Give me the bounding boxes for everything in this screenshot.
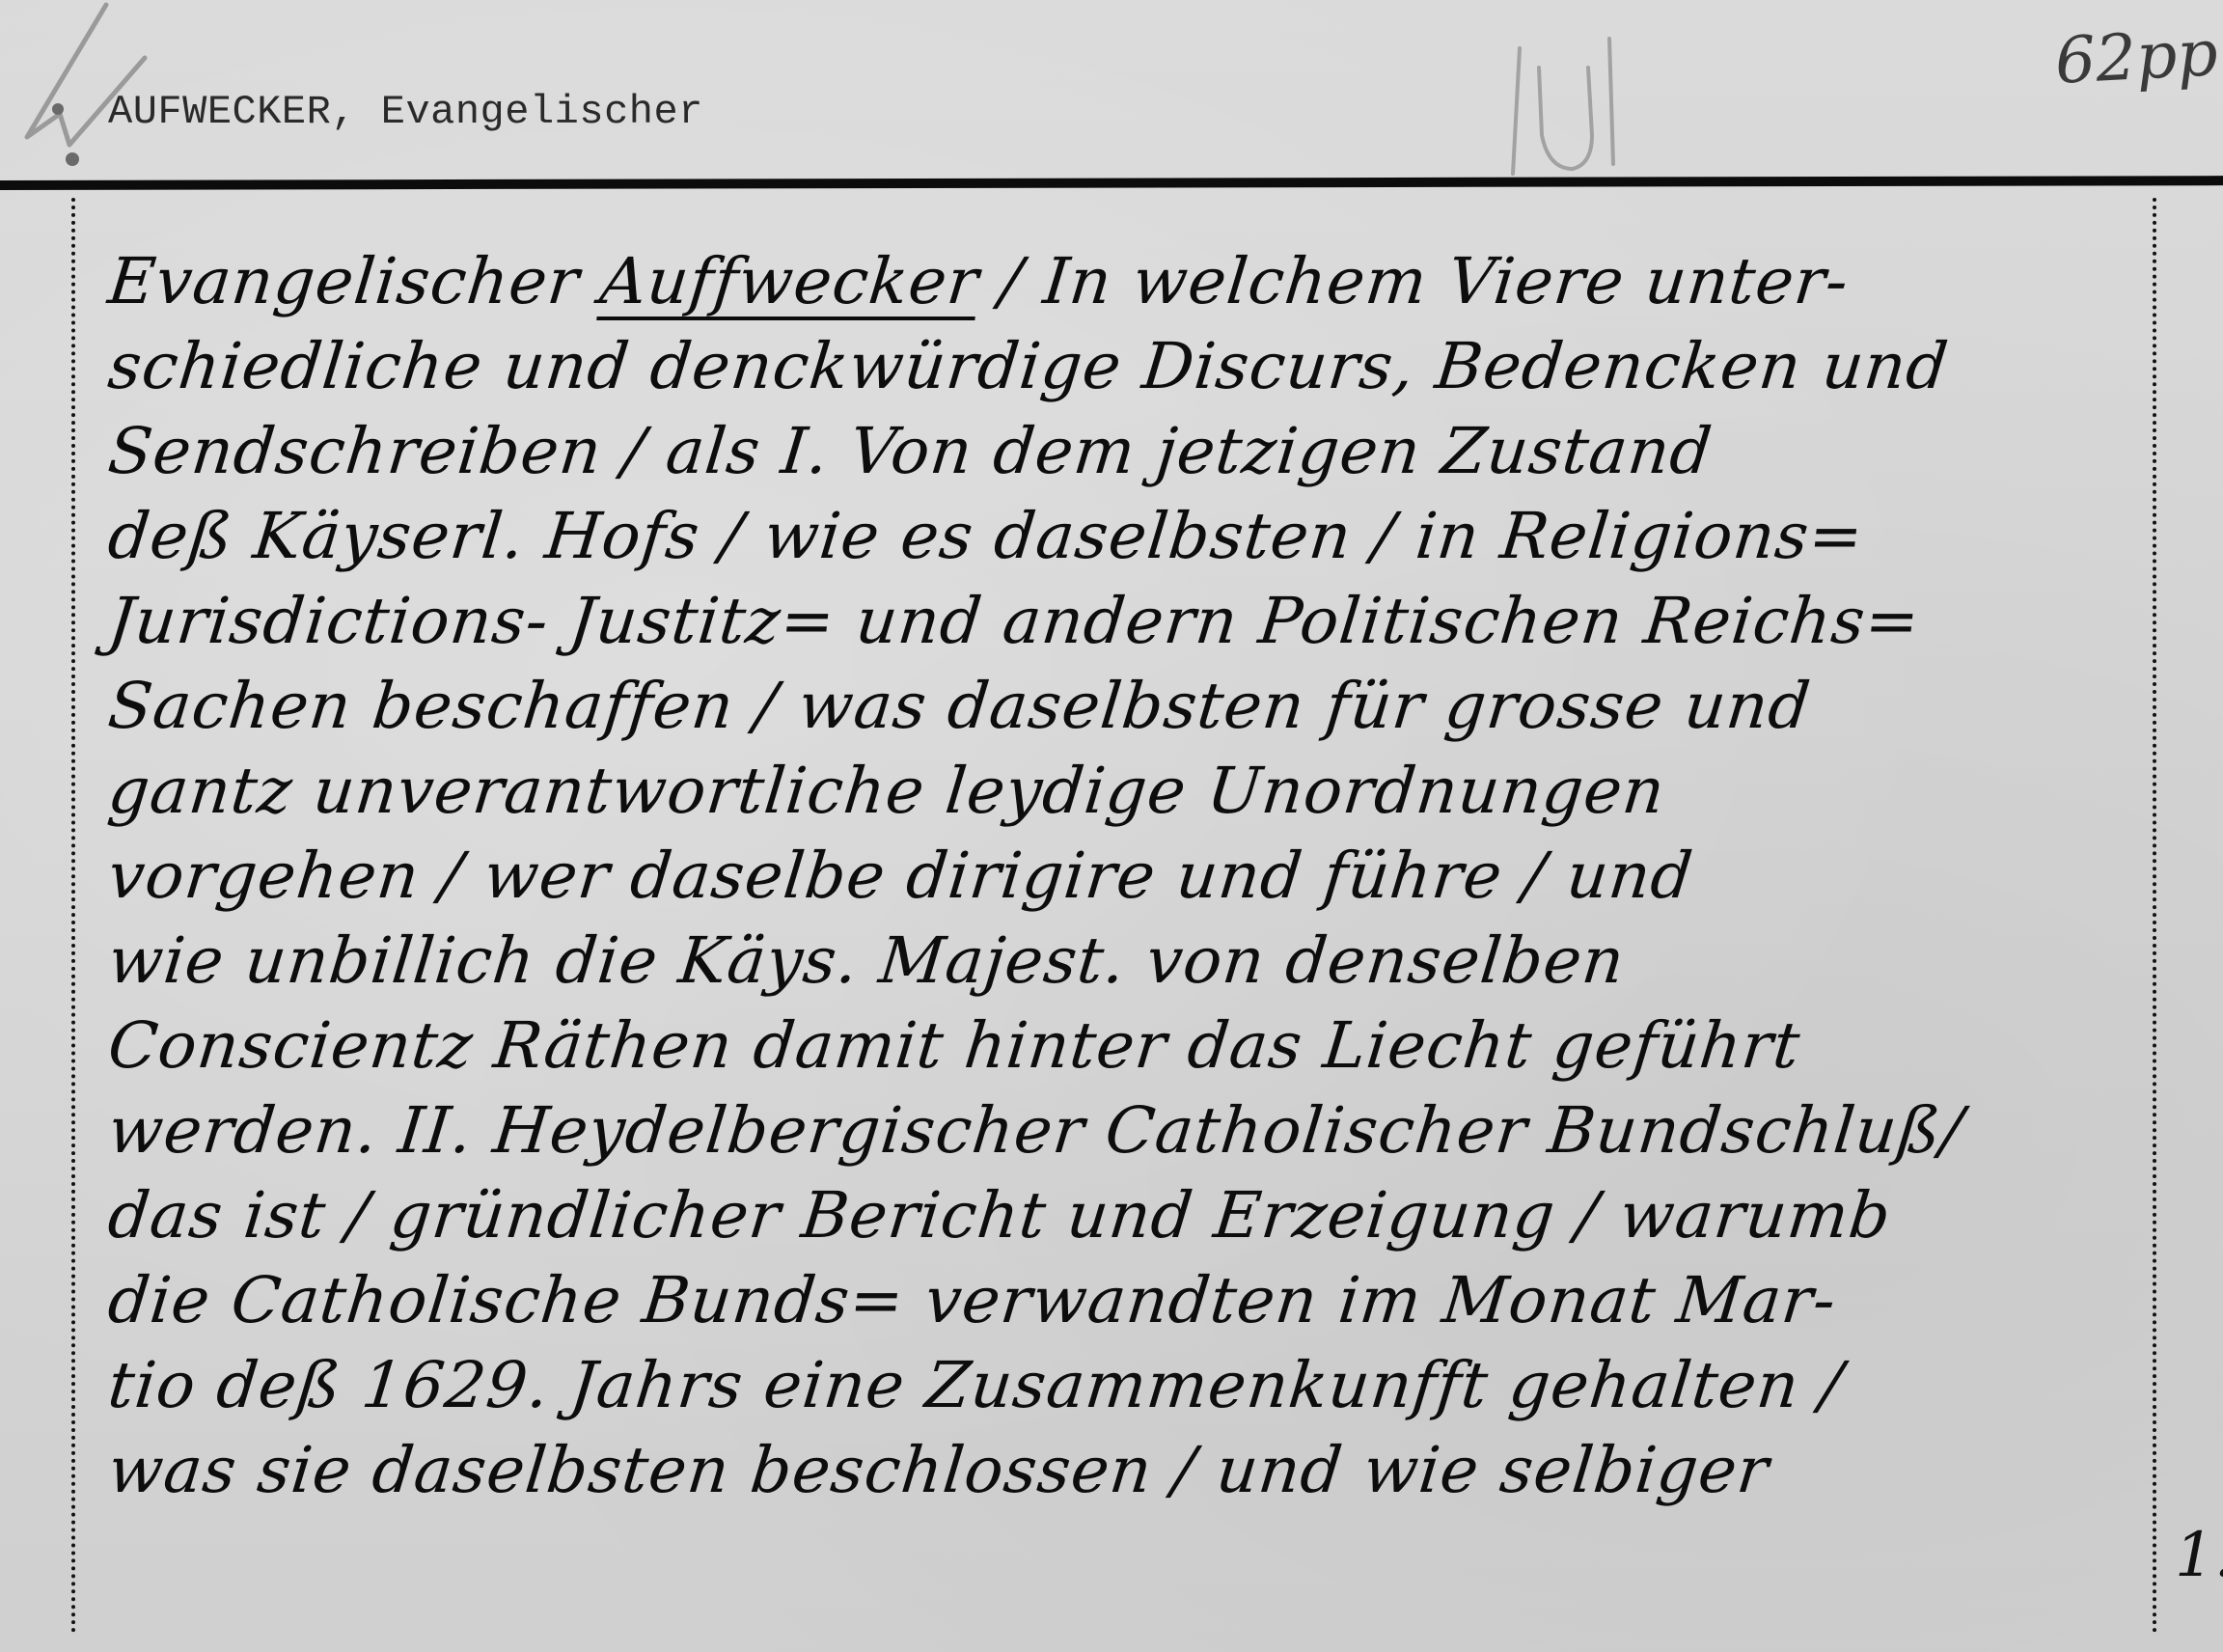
line-text: gantz unverantwortliche leydige Unordnun… [105, 754, 1669, 828]
line-text: tio deß 1629. Jahrs eine Zusammenkunfft … [105, 1348, 1847, 1422]
text-line: gantz unverantwortliche leydige Unordnun… [104, 749, 2149, 834]
line-text: das ist / gründlicher Bericht und Erzeig… [105, 1178, 1895, 1253]
text-line: Sachen beschaffen / was daselbsten für g… [104, 664, 2149, 749]
handwritten-transcription: Evangelischer Auffwecker / In welchem Vi… [104, 239, 2140, 1513]
text-line: deß Käyserl. Hofs / wie es daselbsten / … [104, 494, 2149, 579]
line-text: was sie daselbsten beschlossen / und wie… [105, 1433, 1773, 1507]
text-line: tio deß 1629. Jahrs eine Zusammenkunfft … [104, 1343, 2149, 1428]
line-text: Conscientz Räthen damit hinter das Liech… [105, 1008, 1804, 1083]
line-text: deß Käyserl. Hofs / wie es daselbsten / … [105, 499, 1868, 573]
text-line: wie unbillich die Käys. Majest. von dens… [104, 919, 2149, 1004]
line-text: Sachen beschaffen / was daselbsten für g… [105, 669, 1815, 743]
left-margin-dotted-line [71, 198, 75, 1634]
text-line: Evangelischer Auffwecker / In welchem Vi… [104, 239, 2149, 324]
text-line: vorgehen / wer daselbe dirigire und führ… [104, 834, 2149, 919]
line-text: Jurisdictions- Justitz= und andern Polit… [105, 584, 1924, 658]
card-heading: AUFWECKER, Evangelischer [108, 89, 703, 135]
line-text: werden. II. Heydelbergischer Catholische… [105, 1093, 1967, 1168]
text-line: schiedliche und denckwürdige Discurs, Be… [104, 324, 2149, 409]
right-margin-dotted-line [2153, 198, 2156, 1634]
text-line: die Catholische Bunds= verwandten im Mon… [104, 1258, 2149, 1343]
line-text: die Catholische Bunds= verwandten im Mon… [105, 1263, 1840, 1337]
header-rule [0, 176, 2223, 190]
page-number-annotation: 1. [2175, 1520, 2223, 1591]
text-line: Jurisdictions- Justitz= und andern Polit… [104, 579, 2149, 664]
line-text: schiedliche und denckwürdige Discurs, Be… [105, 329, 1953, 403]
catalog-card: AUFWECKER, Evangelischer 62pp. Evangelis… [0, 0, 2223, 1652]
line-text: Evangelischer [105, 244, 605, 318]
line-text: vorgehen / wer daselbe dirigire und führ… [105, 839, 1697, 913]
bleed-through-mark-icon [1496, 29, 1631, 183]
line-text: / In welchem Viere unter- [975, 244, 1852, 318]
text-line: Conscientz Räthen damit hinter das Liech… [104, 1004, 2149, 1088]
text-line: das ist / gründlicher Bericht und Erzeig… [104, 1173, 2149, 1258]
underlined-keyword: Auffwecker [596, 244, 982, 318]
line-text: Sendschreiben / als I. Von dem jetzigen … [105, 414, 1716, 488]
text-line: Sendschreiben / als I. Von dem jetzigen … [104, 409, 2149, 494]
line-text: wie unbillich die Käys. Majest. von dens… [105, 923, 1629, 998]
page-count-annotation: 62pp. [2053, 14, 2223, 98]
text-line: werden. II. Heydelbergischer Catholische… [104, 1088, 2149, 1173]
text-line: was sie daselbsten beschlossen / und wie… [104, 1428, 2149, 1513]
